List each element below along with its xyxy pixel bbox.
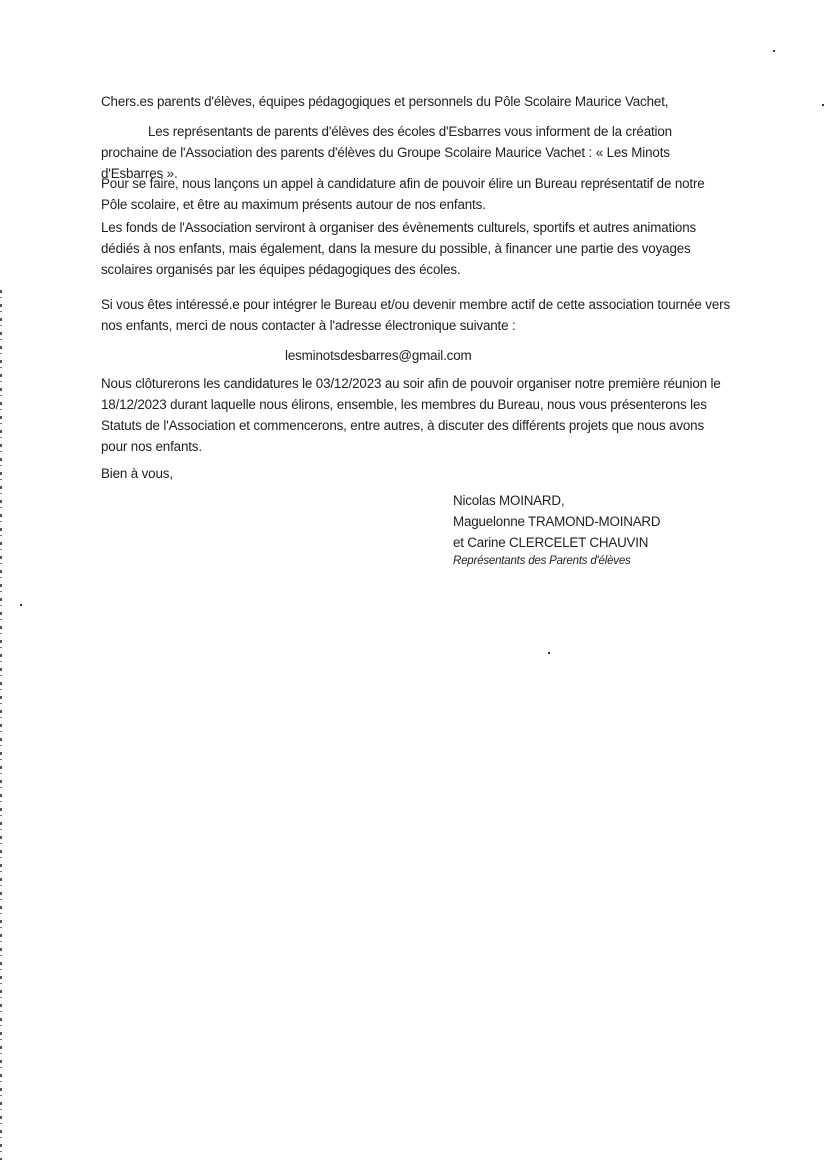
signatory-name: Maguelonne TRAMOND-MOINARD [453,511,660,532]
paragraph-deadline-meeting: Nous clôturerons les candidatures le 03/… [101,373,731,457]
contact-email: lesminotsdesbarres@gmail.com [285,345,472,366]
paragraph-funds-usage: Les fonds de l'Association serviront à o… [101,217,731,280]
letter-closing: Bien à vous, [101,463,731,484]
signatory-name: Nicolas MOINARD, [453,490,660,511]
paragraph-call-for-candidates: Pour se faire, nous lançons un appel à c… [101,173,731,215]
signature-role: Représentants des Parents d'élèves [453,553,660,569]
scan-speck [20,604,22,606]
paragraph-contact-invitation: Si vous êtes intéressé.e pour intégrer l… [101,294,731,336]
signature-block: Nicolas MOINARD, Maguelonne TRAMOND-MOIN… [453,490,660,569]
letter-page: Chers.es parents d'élèves, équipes pédag… [0,0,827,1169]
signatory-name: et Carine CLERCELET CHAUVIN [453,532,660,553]
letter-greeting: Chers.es parents d'élèves, équipes pédag… [101,91,731,112]
scan-speck [822,104,824,106]
scan-speck [773,50,775,52]
scan-edge-artifact [0,290,2,1160]
scan-speck [548,652,550,654]
